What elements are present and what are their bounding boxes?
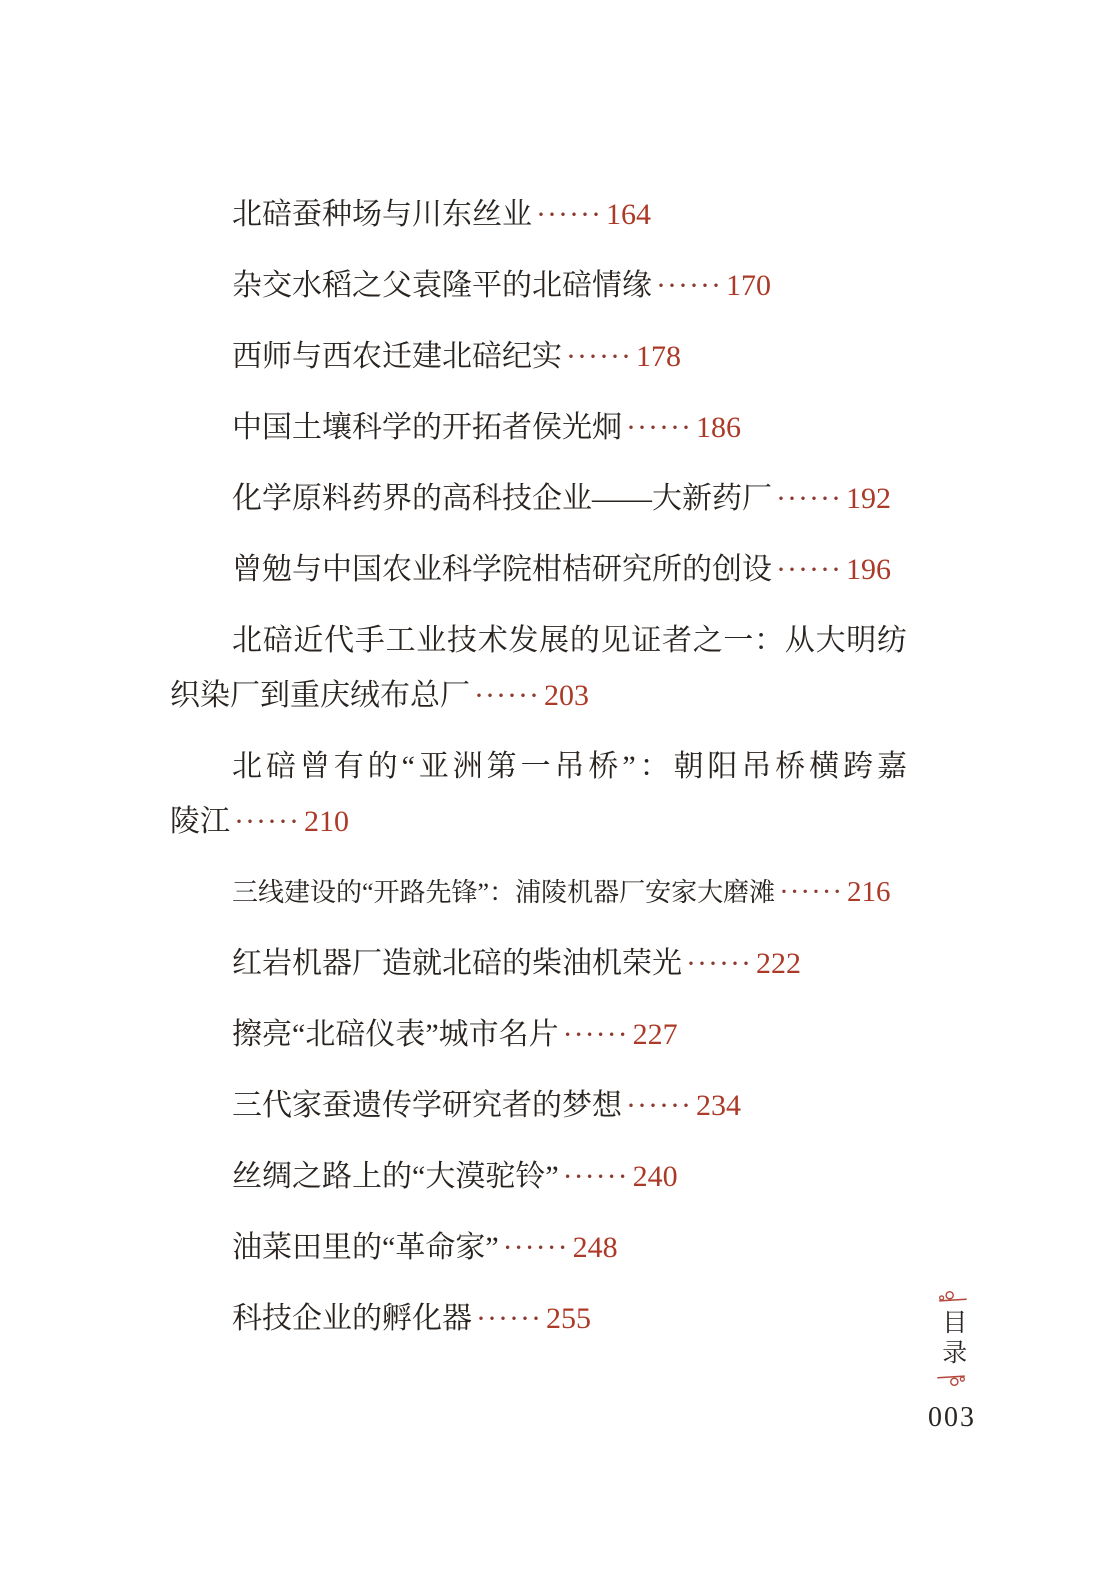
toc-entry: 三代家蚕遗传学研究者的梦想······234 <box>170 1078 907 1133</box>
entry-title: 三代家蚕遗传学研究者的梦想 <box>232 1089 622 1122</box>
entry-title-line2: 陵江······210 <box>170 794 907 849</box>
cloud-scroll-icon <box>936 1289 968 1303</box>
entry-page-number: 196 <box>844 553 891 586</box>
toc-entry: 科技企业的孵化器······255 <box>170 1291 907 1346</box>
entry-page-number: 227 <box>631 1018 678 1051</box>
dot-leader: ······ <box>775 876 845 908</box>
entry-page-number: 192 <box>844 482 891 515</box>
toc-entry: 北碚曾有的“亚洲第一吊桥”：朝阳吊桥横跨嘉 陵江······210 <box>170 739 907 849</box>
entry-title-continuation: 陵江 <box>170 805 230 838</box>
entry-title: 曾勉与中国农业科学院柑桔研究所的创设 <box>232 553 772 586</box>
entry-page-number: 240 <box>631 1160 678 1193</box>
entry-title: 红岩机器厂造就北碚的柴油机荣光 <box>232 947 682 980</box>
dot-leader: ······ <box>499 1231 571 1264</box>
toc-entry: 北碚蚕种场与川东丝业······164 <box>170 187 907 242</box>
entry-title-continuation: 织染厂到重庆绒布总厂 <box>170 679 470 712</box>
entry-title: 北碚蚕种场与川东丝业 <box>232 198 532 231</box>
entry-page-number: 170 <box>724 269 771 302</box>
toc-entry: 北碚近代手工业技术发展的见证者之一：从大明纺 织染厂到重庆绒布总厂······2… <box>170 613 907 723</box>
toc-entry: 中国土壤科学的开拓者侯光炯······186 <box>170 400 907 455</box>
entry-title-line2: 织染厂到重庆绒布总厂······203 <box>170 668 907 723</box>
entry-title-line1: 北碚近代手工业技术发展的见证者之一：从大明纺 <box>170 613 907 668</box>
cloud-scroll-icon <box>936 1374 968 1388</box>
entry-title: 油菜田里的“革命家” <box>232 1231 499 1264</box>
dot-leader: ······ <box>472 1302 544 1335</box>
entry-page-number: 248 <box>571 1231 618 1264</box>
dot-leader: ······ <box>622 1089 694 1122</box>
book-toc-page: 北碚蚕种场与川东丝业······164 杂交水稻之父袁隆平的北碚情缘······… <box>0 0 1100 1574</box>
entry-page-number: 186 <box>694 411 741 444</box>
dot-leader: ······ <box>562 340 634 373</box>
dot-leader: ······ <box>772 482 844 515</box>
entry-page-number: 222 <box>754 947 801 980</box>
entry-title-line1: 北碚曾有的“亚洲第一吊桥”：朝阳吊桥横跨嘉 <box>170 739 907 794</box>
dot-leader: ······ <box>532 198 604 231</box>
entry-title: 科技企业的孵化器 <box>232 1302 472 1335</box>
entry-title: 杂交水稻之父袁隆平的北碚情缘 <box>232 269 652 302</box>
toc-entry: 擦亮“北碚仪表”城市名片······227 <box>170 1007 907 1062</box>
entry-page-number: 255 <box>544 1302 591 1335</box>
dot-leader: ······ <box>622 411 694 444</box>
page-margin-label: 目录 003 <box>930 1289 974 1434</box>
entry-page-number: 210 <box>302 805 349 838</box>
entry-title: 化学原料药界的高科技企业——大新药厂 <box>232 482 772 515</box>
dot-leader: ······ <box>470 679 542 712</box>
entry-page-number: 234 <box>694 1089 741 1122</box>
entry-page-number: 164 <box>604 198 651 231</box>
dot-leader: ······ <box>559 1160 631 1193</box>
entry-title: 西师与西农迁建北碚纪实 <box>232 340 562 373</box>
page-number-folio: 003 <box>928 1402 976 1434</box>
toc-list: 北碚蚕种场与川东丝业······164 杂交水稻之父袁隆平的北碚情缘······… <box>170 187 907 1362</box>
toc-entry: 化学原料药界的高科技企业——大新药厂······192 <box>170 471 907 526</box>
entry-title: 丝绸之路上的“大漠驼铃” <box>232 1160 559 1193</box>
entry-title: 擦亮“北碚仪表”城市名片 <box>232 1018 559 1051</box>
toc-entry: 红岩机器厂造就北碚的柴油机荣光······222 <box>170 936 907 991</box>
toc-entry: 油菜田里的“革命家”······248 <box>170 1220 907 1275</box>
entry-page-number: 178 <box>634 340 681 373</box>
entry-title: 中国土壤科学的开拓者侯光炯 <box>232 411 622 444</box>
entry-page-number: 216 <box>845 876 891 908</box>
toc-entry: 杂交水稻之父袁隆平的北碚情缘······170 <box>170 258 907 313</box>
dot-leader: ······ <box>559 1018 631 1051</box>
dot-leader: ······ <box>230 805 302 838</box>
dot-leader: ······ <box>682 947 754 980</box>
entry-page-number: 203 <box>542 679 589 712</box>
dot-leader: ······ <box>772 553 844 586</box>
toc-entry: 丝绸之路上的“大漠驼铃”······240 <box>170 1149 907 1204</box>
dot-leader: ······ <box>652 269 724 302</box>
toc-entry: 三线建设的“开路先锋”：浦陵机器厂安家大磨滩······216 <box>170 865 907 920</box>
entry-title: 三线建设的“开路先锋”：浦陵机器厂安家大磨滩 <box>232 878 775 907</box>
toc-entry: 曾勉与中国农业科学院柑桔研究所的创设······196 <box>170 542 907 597</box>
side-title: 目录 <box>938 1309 966 1369</box>
toc-entry: 西师与西农迁建北碚纪实······178 <box>170 329 907 384</box>
